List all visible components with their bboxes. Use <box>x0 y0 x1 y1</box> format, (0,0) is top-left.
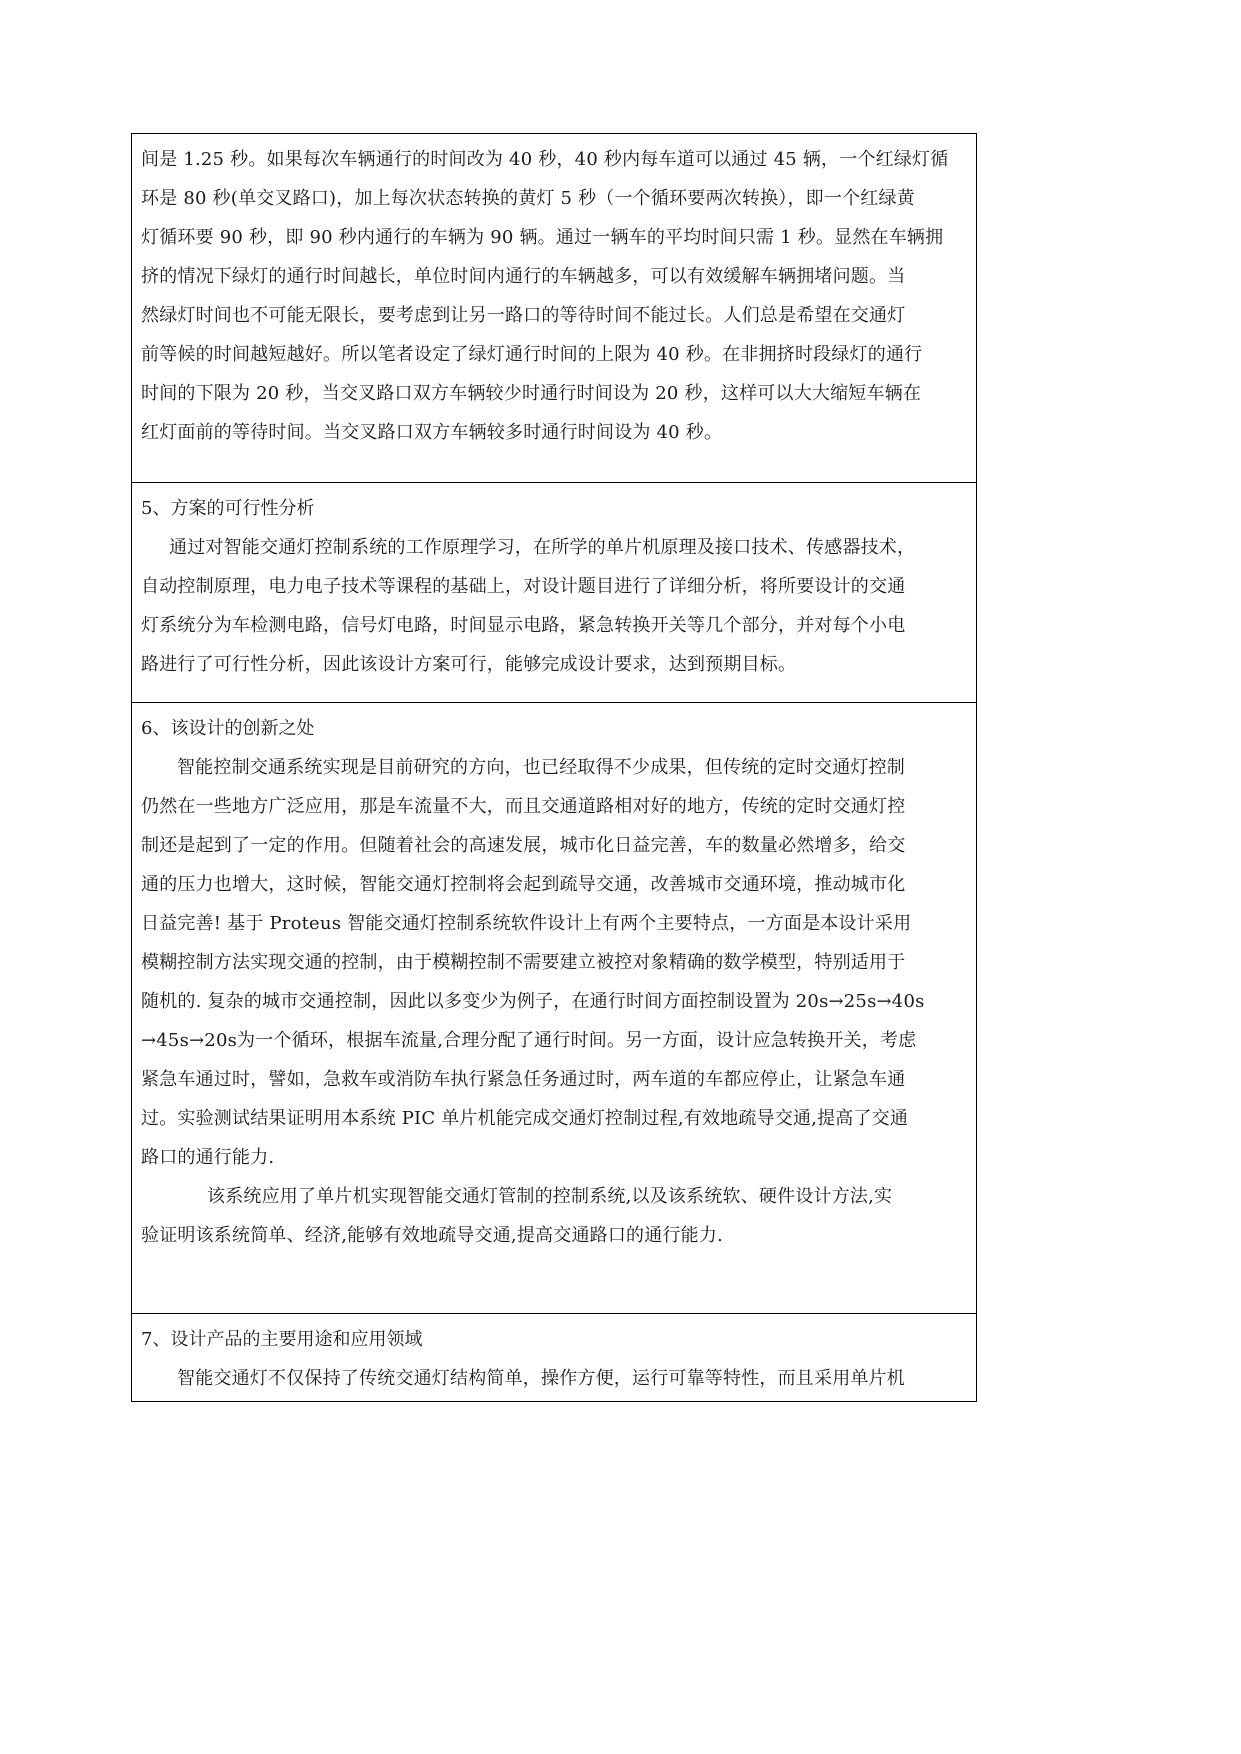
paragraph-line: 然绿灯时间也不可能无限长，要考虑到让另一路口的等待时间不能过长。人们总是希望在交… <box>141 296 967 335</box>
paragraph-line: 通的压力也增大，这时候，智能交通灯控制将会起到疏导交通，改善城市交通环境，推动城… <box>141 865 967 904</box>
paragraph-line: 模糊控制方法实现交通的控制，由于模糊控制不需要建立被控对象精确的数学模型，特别适… <box>141 943 967 982</box>
paragraph-line: 红灯面前的等待时间。当交叉路口双方车辆较多时通行时间设为 40 秒。 <box>141 413 967 452</box>
section-heading: 5、方案的可行性分析 <box>141 489 967 528</box>
paragraph-line: 间是 1.25 秒。如果每次车辆通行的时间改为 40 秒，40 秒内每车道可以通… <box>141 140 967 179</box>
paragraph-line: 路进行了可行性分析，因此该设计方案可行，能够完成设计要求，达到预期目标。 <box>141 645 967 684</box>
paragraph-line: →45s→20s为一个循环，根据车流量,合理分配了通行时间。另一方面，设计应急转… <box>141 1021 967 1060</box>
paragraph-line: 智能交通灯不仅保持了传统交通灯结构简单，操作方便，运行可靠等特性，而且采用单片机 <box>141 1359 967 1398</box>
paragraph-line: 紧急车通过时，譬如，急救车或消防车执行紧急任务通过时，两车道的车都应停止，让紧急… <box>141 1060 967 1099</box>
paragraph-line: 前等候的时间越短越好。所以笔者设定了绿灯通行时间的上限为 40 秒。在非拥挤时段… <box>141 335 967 374</box>
table-cell-applications: 7、设计产品的主要用途和应用领域 智能交通灯不仅保持了传统交通灯结构简单，操作方… <box>132 1314 976 1402</box>
paragraph-line: 日益完善! 基于 Proteus 智能交通灯控制系统软件设计上有两个主要特点，一… <box>141 904 967 943</box>
paragraph-line: 灯系统分为车检测电路，信号灯电路，时间显示电路，紧急转换开关等几个部分，并对每个… <box>141 606 967 645</box>
paragraph-line: 仍然在一些地方广泛应用，那是车流量不大，而且交通道路相对好的地方，传统的定时交通… <box>141 787 967 826</box>
paragraph-line: 验证明该系统简单、经济,能够有效地疏导交通,提高交通路口的通行能力. <box>141 1216 967 1255</box>
paragraph-line: 过。实验测试结果证明用本系统 PIC 单片机能完成交通灯控制过程,有效地疏导交通… <box>141 1099 967 1138</box>
document-page: 间是 1.25 秒。如果每次车辆通行的时间改为 40 秒，40 秒内每车道可以通… <box>131 133 977 1402</box>
paragraph-line: 挤的情况下绿灯的通行时间越长，单位时间内通行的车辆越多，可以有效缓解车辆拥堵问题… <box>141 257 967 296</box>
paragraph-line: 自动控制原理，电力电子技术等课程的基础上，对设计题目进行了详细分析，将所要设计的… <box>141 567 967 606</box>
paragraph-line: 环是 80 秒(单交叉路口)，加上每次状态转换的黄灯 5 秒（一个循环要两次转换… <box>141 179 967 218</box>
paragraph-line: 路口的通行能力. <box>141 1138 967 1177</box>
section-heading: 6、该设计的创新之处 <box>141 709 967 748</box>
table-cell-innovation: 6、该设计的创新之处 智能控制交通系统实现是目前研究的方向，也已经取得不少成果，… <box>132 703 976 1314</box>
paragraph-line: 智能控制交通系统实现是目前研究的方向，也已经取得不少成果，但传统的定时交通灯控制 <box>141 748 967 787</box>
table-cell-continuation: 间是 1.25 秒。如果每次车辆通行的时间改为 40 秒，40 秒内每车道可以通… <box>132 134 976 483</box>
paragraph-line: 随机的. 复杂的城市交通控制，因此以多变少为例子，在通行时间方面控制设置为 20… <box>141 982 967 1021</box>
paragraph-line: 该系统应用了单片机实现智能交通灯管制的控制系统,以及该系统软、硬件设计方法,实 <box>141 1177 967 1216</box>
paragraph-line: 时间的下限为 20 秒，当交叉路口双方车辆较少时通行时间设为 20 秒，这样可以… <box>141 374 967 413</box>
form-table: 间是 1.25 秒。如果每次车辆通行的时间改为 40 秒，40 秒内每车道可以通… <box>131 133 977 1402</box>
section-heading: 7、设计产品的主要用途和应用领域 <box>141 1320 967 1359</box>
paragraph-line: 通过对智能交通灯控制系统的工作原理学习，在所学的单片机原理及接口技术、传感器技术… <box>141 528 967 567</box>
paragraph-line: 制还是起到了一定的作用。但随着社会的高速发展，城市化日益完善，车的数量必然增多，… <box>141 826 967 865</box>
table-cell-feasibility: 5、方案的可行性分析 通过对智能交通灯控制系统的工作原理学习，在所学的单片机原理… <box>132 483 976 703</box>
paragraph-line: 灯循环要 90 秒，即 90 秒内通行的车辆为 90 辆。通过一辆车的平均时间只… <box>141 218 967 257</box>
